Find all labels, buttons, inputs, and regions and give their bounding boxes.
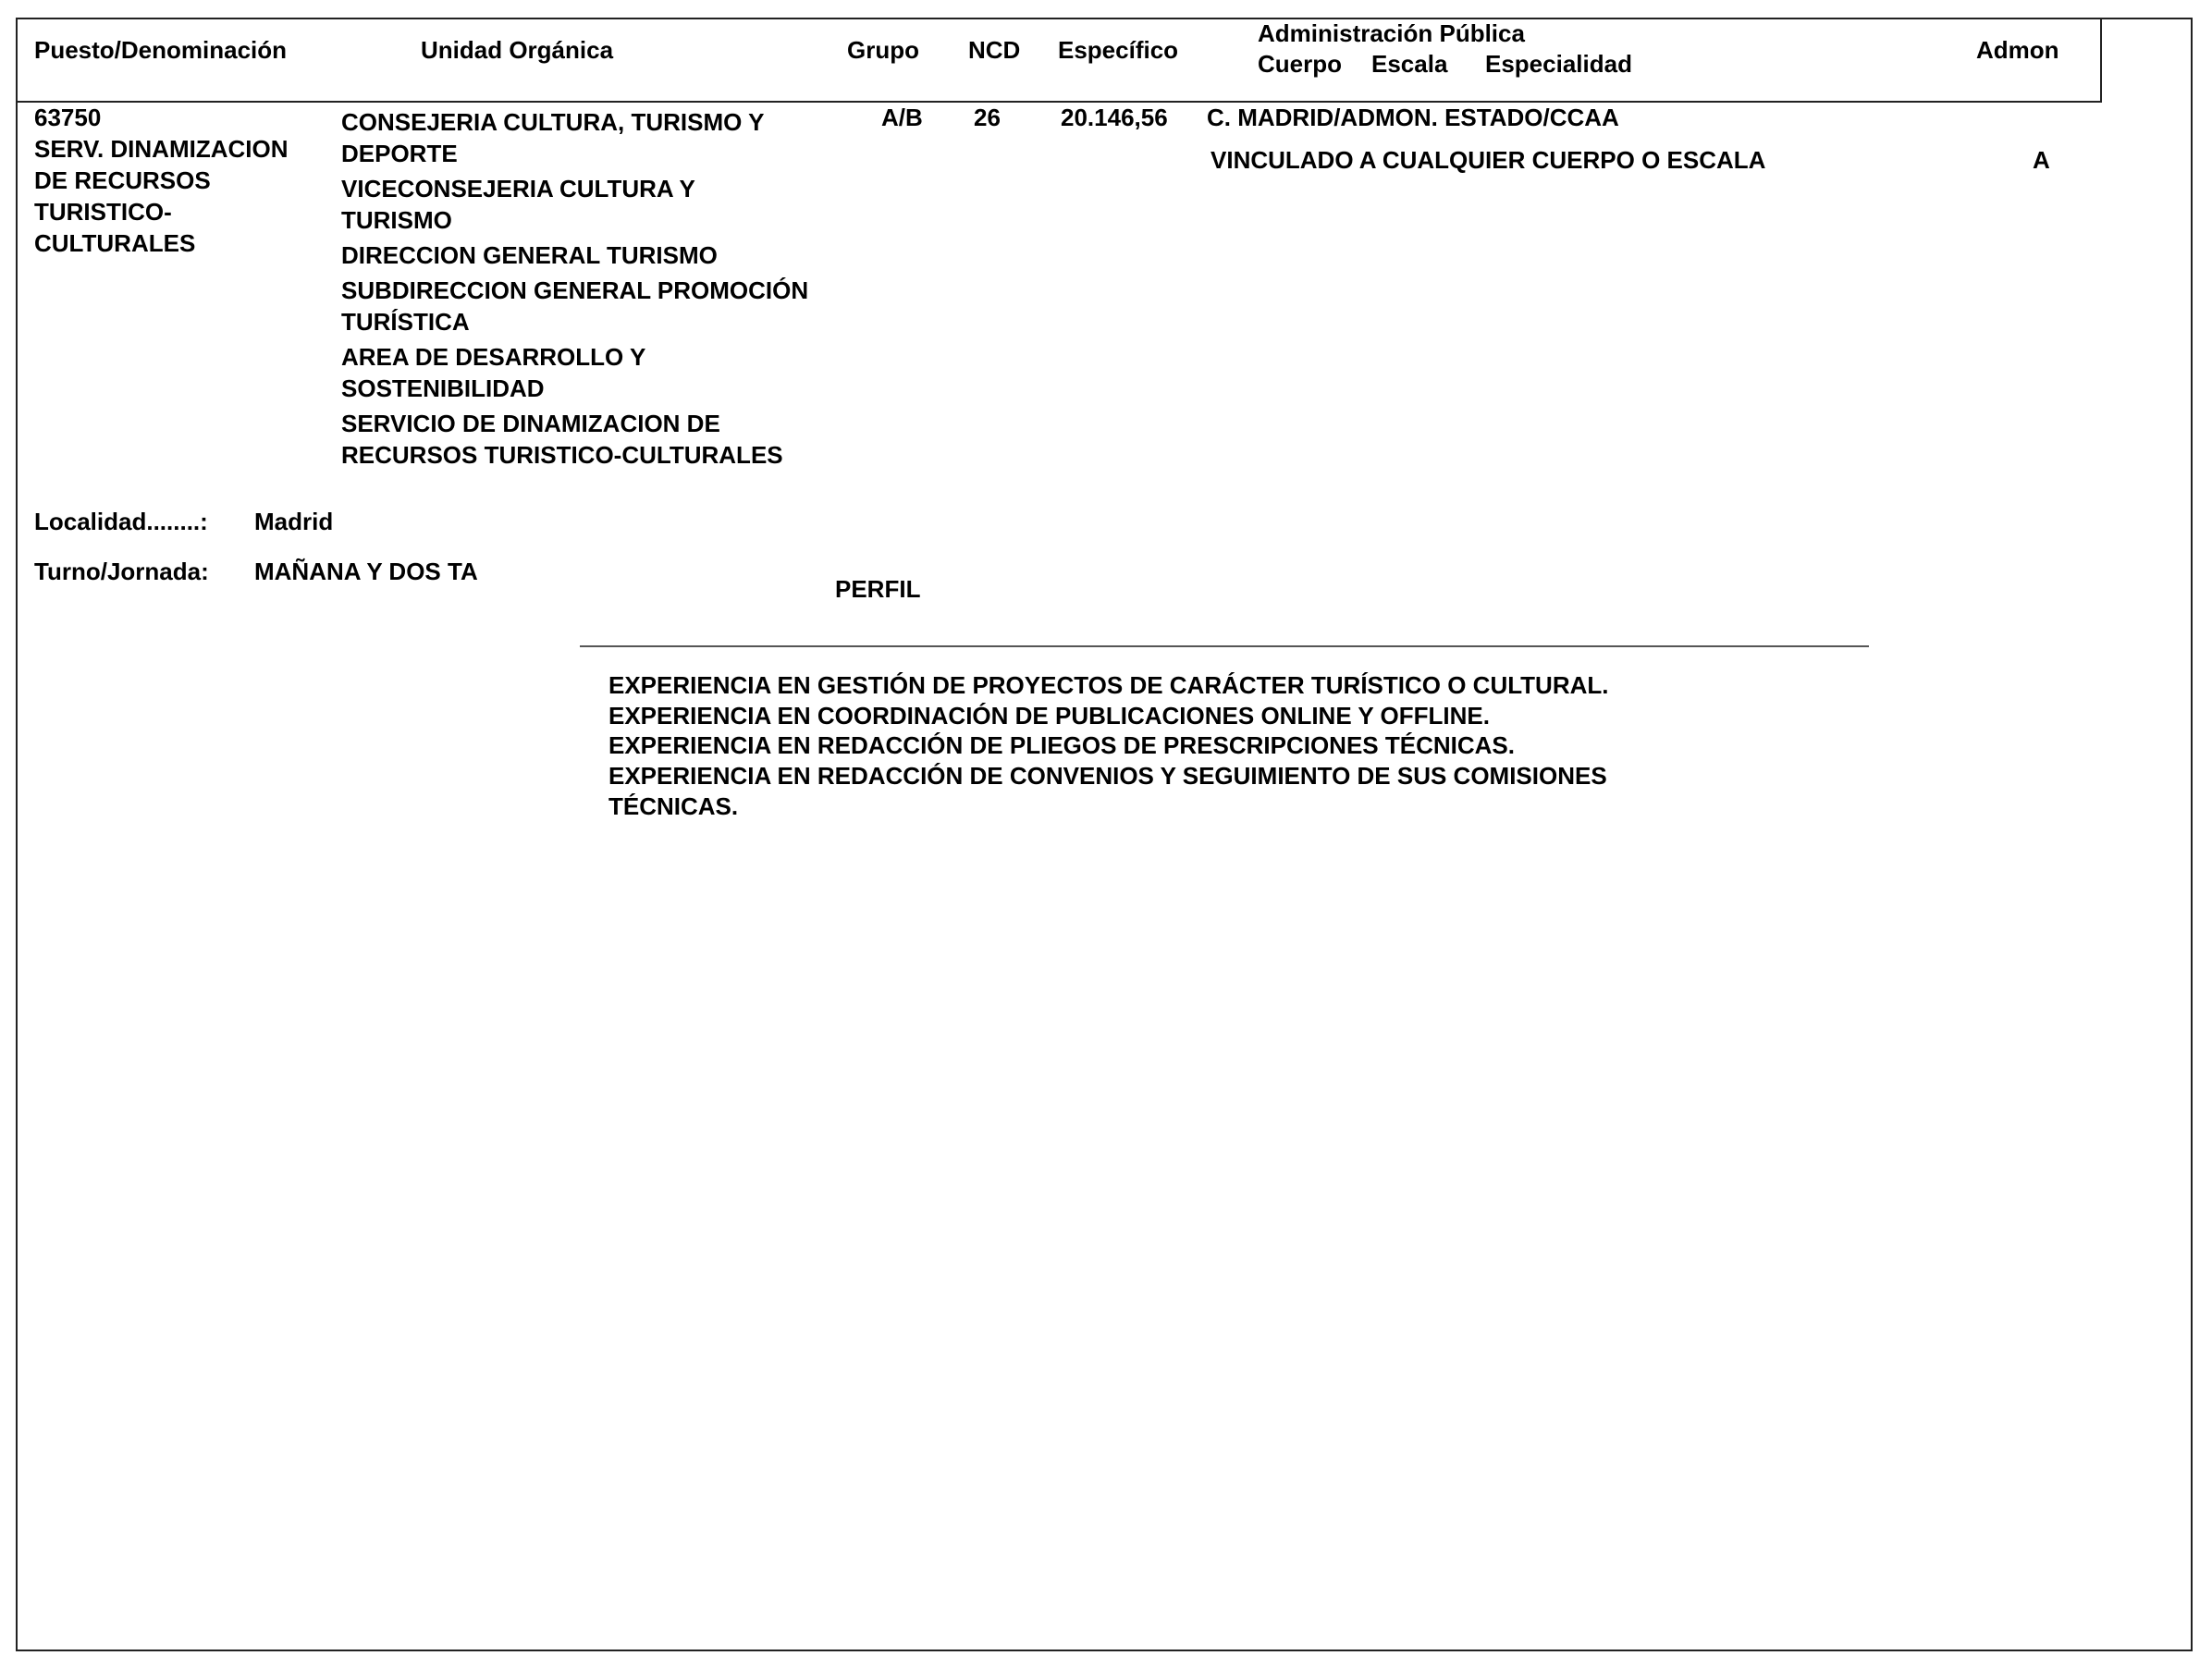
- puesto-line: CULTURALES: [34, 231, 195, 255]
- header-admon: Admon: [1976, 38, 2059, 62]
- administracion-value: C. MADRID/ADMON. ESTADO/CCAA: [1207, 105, 1619, 129]
- cuerpo-escala-value: VINCULADO A CUALQUIER CUERPO O ESCALA: [1210, 148, 1765, 172]
- unidad-line: RECURSOS TURISTICO-CULTURALES: [341, 443, 783, 467]
- perfil-divider: [580, 645, 1869, 647]
- especifico-value: 20.146,56: [1061, 105, 1168, 129]
- perfil-line: EXPERIENCIA EN GESTIÓN DE PROYECTOS DE C…: [608, 673, 1609, 697]
- turno-value: MAÑANA Y DOS TA: [254, 559, 478, 583]
- header-grupo: Grupo: [847, 38, 919, 62]
- perfil-line: EXPERIENCIA EN REDACCIÓN DE CONVENIOS Y …: [608, 764, 1607, 788]
- admon-value: A: [2033, 148, 2050, 172]
- unidad-line: AREA DE DESARROLLO Y: [341, 345, 645, 369]
- turno-label: Turno/Jornada:: [34, 559, 209, 583]
- unidad-line: SUBDIRECCION GENERAL PROMOCIÓN: [341, 278, 808, 302]
- unidad-line: CONSEJERIA CULTURA, TURISMO Y: [341, 110, 764, 134]
- unidad-line: SOSTENIBILIDAD: [341, 376, 545, 400]
- perfil-line: EXPERIENCIA EN REDACCIÓN DE PLIEGOS DE P…: [608, 733, 1515, 757]
- header-especialidad: Especialidad: [1485, 52, 1632, 76]
- unidad-line: TURÍSTICA: [341, 310, 470, 334]
- header-administracion: Administración Pública: [1258, 21, 1525, 45]
- perfil-title: PERFIL: [835, 577, 920, 601]
- unidad-line: SERVICIO DE DINAMIZACION DE: [341, 411, 720, 435]
- header-cuerpo: Cuerpo: [1258, 52, 1342, 76]
- ncd-value: 26: [974, 105, 1001, 129]
- header-ncd: NCD: [968, 38, 1020, 62]
- puesto-line: SERV. DINAMIZACION: [34, 137, 289, 161]
- localidad-value: Madrid: [254, 509, 333, 534]
- puesto-code: 63750: [34, 105, 101, 129]
- grupo-value: A/B: [881, 105, 923, 129]
- unidad-line: VICECONSEJERIA CULTURA Y: [341, 177, 695, 201]
- unidad-line: DIRECCION GENERAL TURISMO: [341, 243, 718, 267]
- header-puesto: Puesto/Denominación: [34, 38, 287, 62]
- localidad-label: Localidad........:: [34, 509, 208, 534]
- unidad-line: DEPORTE: [341, 141, 458, 166]
- header-unidad: Unidad Orgánica: [421, 38, 613, 62]
- header-especifico: Específico: [1058, 38, 1178, 62]
- unidad-line: TURISMO: [341, 208, 452, 232]
- perfil-line: EXPERIENCIA EN COORDINACIÓN DE PUBLICACI…: [608, 704, 1490, 728]
- puesto-line: DE RECURSOS: [34, 168, 211, 192]
- perfil-line: TÉCNICAS.: [608, 794, 738, 818]
- puesto-line: TURISTICO-: [34, 200, 172, 224]
- header-escala: Escala: [1371, 52, 1447, 76]
